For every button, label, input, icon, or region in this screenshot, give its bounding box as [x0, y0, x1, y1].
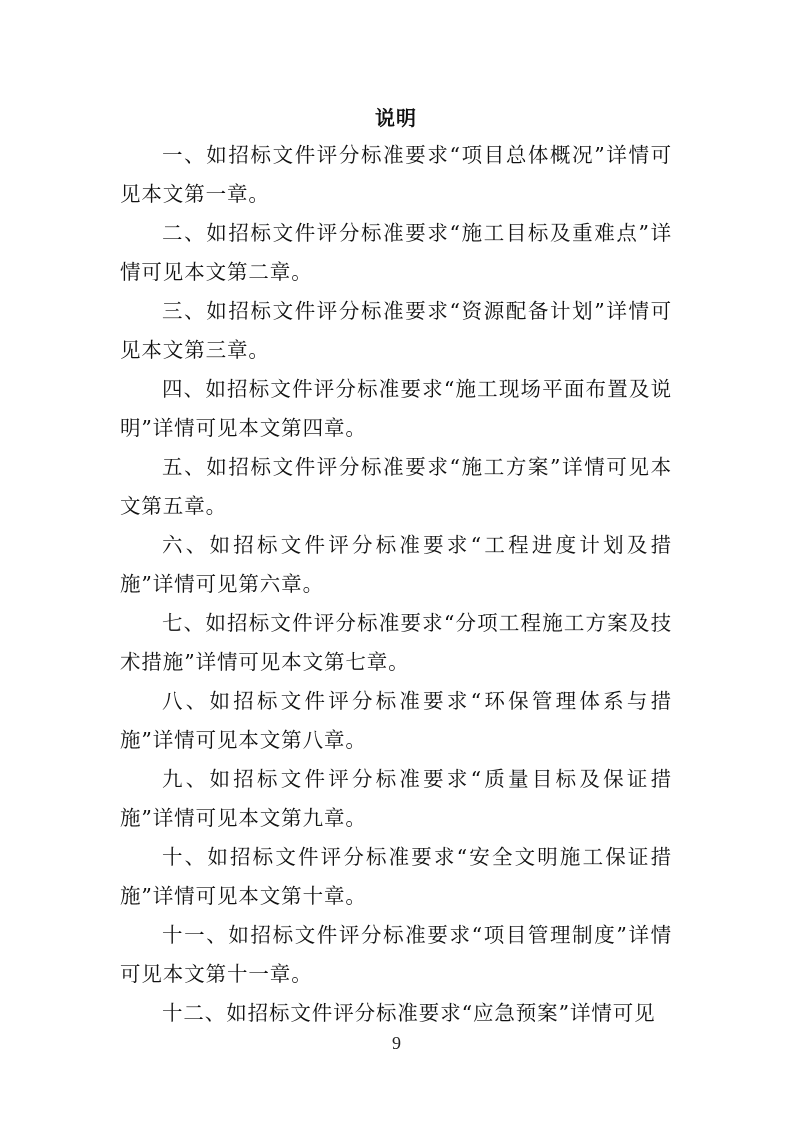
paragraph-9: 九、如招标文件评分标准要求“质量目标及保证措施”详情可见本文第九章。	[120, 760, 672, 838]
paragraph-4: 四、如招标文件评分标准要求“施工现场平面布置及说明”详情可见本文第四章。	[120, 370, 672, 448]
paragraph-12: 十二、如招标文件评分标准要求“应急预案”详情可见	[120, 994, 672, 1033]
paragraph-5: 五、如招标文件评分标准要求“施工方案”详情可见本文第五章。	[120, 448, 672, 526]
paragraph-8: 八、如招标文件评分标准要求“环保管理体系与措施”详情可见本文第八章。	[120, 682, 672, 760]
document-title: 说明	[120, 100, 672, 136]
paragraph-11: 十一、如招标文件评分标准要求“项目管理制度”详情可见本文第十一章。	[120, 916, 672, 994]
document-page: 说明 一、如招标文件评分标准要求“项目总体概况”详情可见本文第一章。 二、如招标…	[120, 100, 672, 1033]
page-number: 9	[0, 1032, 793, 1054]
paragraph-6: 六、如招标文件评分标准要求“工程进度计划及措施”详情可见第六章。	[120, 526, 672, 604]
paragraph-2: 二、如招标文件评分标准要求“施工目标及重难点”详情可见本文第二章。	[120, 214, 672, 292]
paragraph-3: 三、如招标文件评分标准要求“资源配备计划”详情可见本文第三章。	[120, 292, 672, 370]
paragraph-7: 七、如招标文件评分标准要求“分项工程施工方案及技术措施”详情可见本文第七章。	[120, 604, 672, 682]
paragraph-1: 一、如招标文件评分标准要求“项目总体概况”详情可见本文第一章。	[120, 136, 672, 214]
paragraph-10: 十、如招标文件评分标准要求“安全文明施工保证措施”详情可见本文第十章。	[120, 838, 672, 916]
